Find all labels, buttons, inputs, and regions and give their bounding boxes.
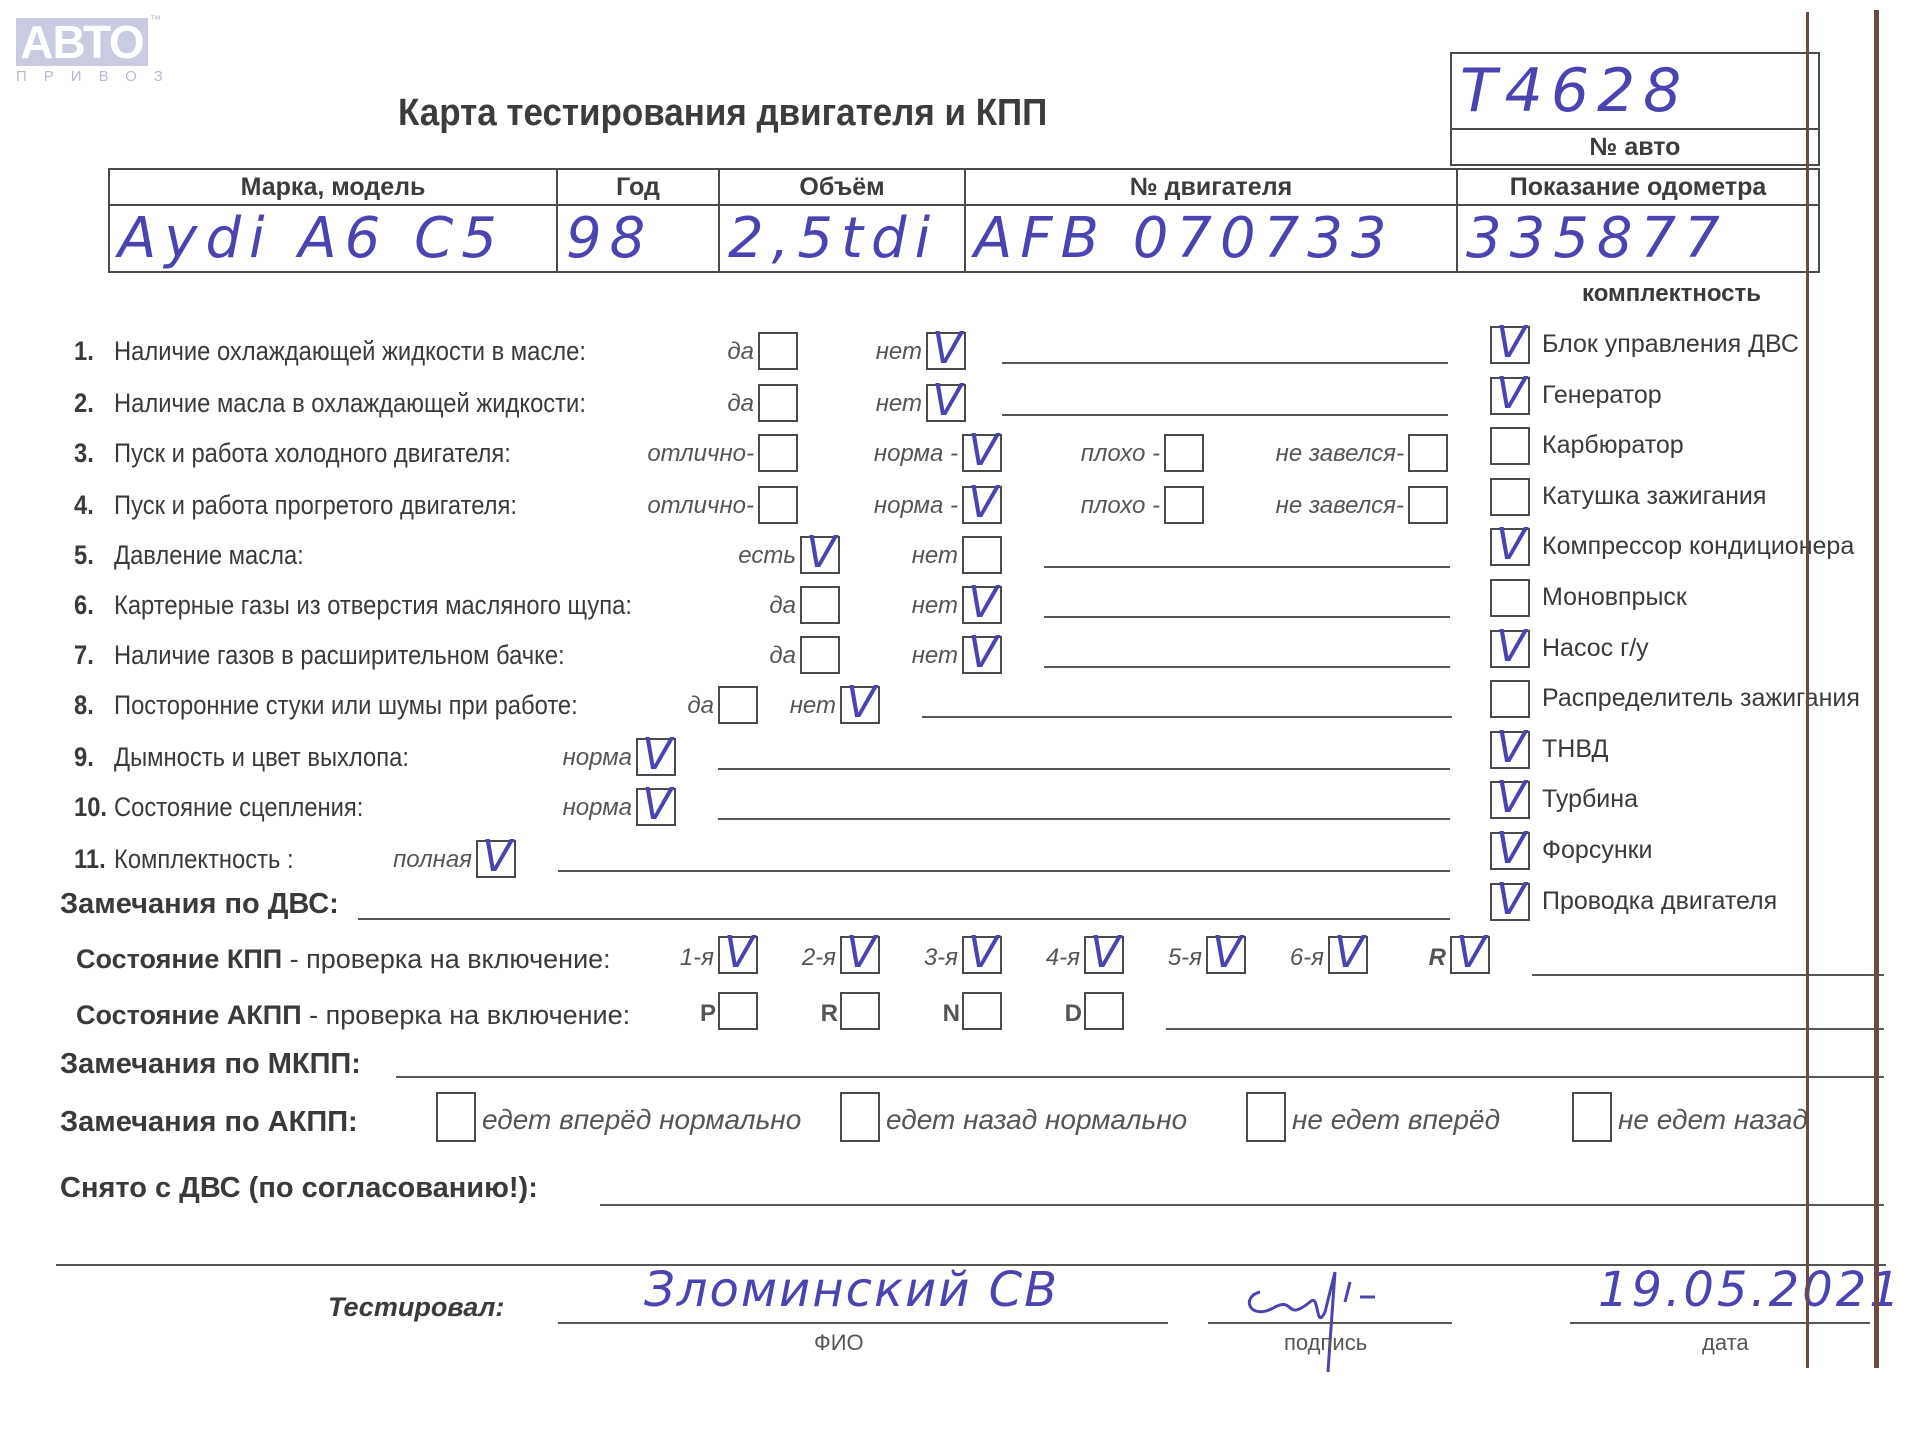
tested-label: Тестировал: [328, 1292, 504, 1323]
date-caption: дата [1702, 1330, 1749, 1356]
checkbox-5-2[interactable] [962, 536, 1002, 574]
option-label: нет [876, 338, 922, 366]
check-label: Наличие охлаждающей жидкости в масле: [114, 336, 586, 367]
option-label: полная [393, 846, 472, 874]
remark-field[interactable] [1044, 616, 1450, 618]
remark-field[interactable] [1044, 666, 1450, 668]
checkmark-icon: V [724, 934, 754, 972]
completeness-checkbox[interactable]: V [1490, 781, 1530, 819]
option-label: норма - [874, 440, 958, 468]
checkmark-icon: V [1496, 375, 1526, 413]
checkbox-7-1[interactable] [800, 636, 840, 674]
option-label: норма - [874, 492, 958, 520]
option-label: нет [912, 592, 958, 620]
remark-field[interactable] [718, 818, 1450, 820]
checkmark-icon: V [1496, 324, 1526, 362]
check-number: 1. [74, 336, 94, 367]
option-label: да [769, 592, 796, 620]
dvs-remarks-field[interactable] [358, 918, 1450, 920]
checkbox-3-1[interactable] [758, 434, 798, 472]
option-label: нет [876, 390, 922, 418]
check-number: 11. [74, 844, 106, 875]
checkmark-icon: V [932, 330, 962, 368]
kpp-label-rest: - проверка на включение: [282, 944, 611, 974]
completeness-checkbox[interactable]: V [1490, 528, 1530, 566]
remark-field[interactable] [1044, 566, 1450, 568]
mkpp-remarks-label: Замечания по МКПП: [60, 1048, 361, 1081]
option-label: плохо - [1081, 440, 1160, 468]
check-label: Пуск и работа прогретого двигателя: [114, 490, 517, 521]
checkbox-9-1[interactable]: V [636, 738, 676, 776]
remark-field[interactable] [922, 716, 1452, 718]
option-label: нет [912, 642, 958, 670]
completeness-checkbox[interactable] [1490, 427, 1530, 465]
check-number: 8. [74, 690, 94, 721]
checkmark-icon: V [968, 584, 998, 622]
check-number: 6. [74, 590, 94, 621]
check-number: 9. [74, 742, 94, 773]
completeness-item-label: Генератор [1542, 381, 1662, 410]
gear-checkbox[interactable]: V [1206, 936, 1246, 974]
checkbox-5-1[interactable]: V [800, 536, 840, 574]
akpp-position-label: N [943, 1000, 960, 1028]
akpp-remark-label: едет назад нормально [886, 1104, 1187, 1136]
checkbox-8-2[interactable]: V [840, 686, 880, 724]
remark-field[interactable] [558, 870, 1450, 872]
completeness-title: комплектность [1582, 280, 1761, 308]
checkmark-icon: V [1496, 830, 1526, 868]
gear-label: 1-я [680, 944, 714, 972]
checkbox-3-4[interactable] [1408, 434, 1448, 472]
option-label: не завелся- [1276, 492, 1404, 520]
completeness-item-label: Карбюратор [1542, 431, 1684, 460]
akpp-position-label: P [700, 1000, 716, 1028]
akpp-position-label: R [821, 1000, 838, 1028]
car-number-value[interactable]: T4628 [1451, 53, 1819, 129]
option-label: да [769, 642, 796, 670]
akpp-remark-checkbox[interactable] [1572, 1092, 1612, 1142]
gear-checkbox[interactable]: V [840, 936, 880, 974]
checkbox-3-3[interactable] [1164, 434, 1204, 472]
gear-checkbox[interactable]: V [718, 936, 758, 974]
gear-checkbox[interactable]: V [962, 936, 1002, 974]
akpp-label-bold: Состояние АКПП [76, 1000, 302, 1030]
akpp-position-checkbox[interactable] [718, 992, 758, 1030]
akpp-label-rest: - проверка на включение: [302, 1000, 631, 1030]
check-number: 2. [74, 388, 94, 419]
akpp-remark-label: не едет назад [1618, 1104, 1808, 1136]
check-label: Картерные газы из отверстия масляного щу… [114, 590, 632, 621]
completeness-checkbox[interactable]: V [1490, 630, 1530, 668]
akpp-label: Состояние АКПП - проверка на включение: [76, 1000, 630, 1031]
check-label: Комплектность : [114, 844, 294, 875]
checkbox-4-1[interactable] [758, 486, 798, 524]
completeness-item-label: Распределитель зажигания [1542, 684, 1860, 713]
option-label: норма [563, 744, 632, 772]
akpp-remark-checkbox[interactable] [436, 1092, 476, 1142]
checkbox-7-2[interactable]: V [962, 636, 1002, 674]
checkbox-10-1[interactable]: V [636, 788, 676, 826]
checkmark-icon: V [968, 634, 998, 672]
option-label: есть [738, 542, 796, 570]
option-label: не завелся- [1276, 440, 1404, 468]
option-label: нет [912, 542, 958, 570]
checkmark-icon: V [1456, 934, 1486, 972]
gear-label: 3-я [924, 944, 958, 972]
car-number-table: T4628 № авто [1450, 52, 1820, 166]
check-label: Давление масла: [114, 540, 304, 571]
checkbox-4-2[interactable]: V [962, 486, 1002, 524]
checkmark-icon: V [642, 736, 672, 774]
option-label: да [687, 692, 714, 720]
gear-label: 5-я [1168, 944, 1202, 972]
signature-caption: подпись [1284, 1330, 1367, 1356]
checkmark-icon: V [1334, 934, 1364, 972]
volume-value[interactable]: 2,5tdi [719, 205, 965, 272]
signature-line [1208, 1322, 1452, 1324]
name-caption: ФИО [814, 1330, 864, 1356]
gear-label: 4-я [1046, 944, 1080, 972]
check-number: 4. [74, 490, 94, 521]
check-number: 10. [74, 792, 107, 823]
checkbox-4-3[interactable] [1164, 486, 1204, 524]
completeness-checkbox[interactable]: V [1490, 832, 1530, 870]
col-year: Год [557, 169, 719, 205]
checkbox-11-1[interactable]: V [476, 840, 516, 878]
checkmark-icon: V [1212, 934, 1242, 972]
checkbox-2-2[interactable]: V [926, 384, 966, 422]
checkmark-icon: V [482, 838, 512, 876]
checkmark-icon: V [1496, 628, 1526, 666]
checkmark-icon: V [1496, 729, 1526, 767]
gear-checkbox[interactable]: V [1328, 936, 1368, 974]
check-number: 7. [74, 640, 94, 671]
page-title: Карта тестирования двигателя и КПП [398, 92, 1047, 135]
akpp-position-label: D [1065, 1000, 1082, 1028]
akpp-remarks-label: Замечания по АКПП: [60, 1106, 358, 1139]
check-label: Пуск и работа холодного двигателя: [114, 438, 511, 469]
akpp-remark-checkbox[interactable] [840, 1092, 880, 1142]
check-label: Дымность и цвет выхлопа: [114, 742, 409, 773]
col-engine-number: № двигателя [965, 169, 1457, 205]
gear-checkbox[interactable]: V [1084, 936, 1124, 974]
checkbox-2-1[interactable] [758, 384, 798, 422]
completeness-item-label: Проводка двигателя [1542, 887, 1777, 916]
option-label: норма [563, 794, 632, 822]
checkmark-icon: V [1496, 881, 1526, 919]
checkmark-icon: V [642, 786, 672, 824]
akpp-position-checkbox[interactable] [1084, 992, 1124, 1030]
completeness-checkbox[interactable] [1490, 478, 1530, 516]
removed-field[interactable] [600, 1204, 1884, 1206]
completeness-item-label: Моновпрыск [1542, 583, 1687, 612]
completeness-item-label: Форсунки [1542, 836, 1653, 865]
col-odometer: Показание одометра [1457, 169, 1819, 205]
completeness-checkbox[interactable]: V [1490, 326, 1530, 364]
engine-number-value[interactable]: AFB 070733 [965, 205, 1457, 272]
test-date[interactable]: 19.05.2021 [1590, 1262, 1903, 1326]
completeness-checkbox[interactable]: V [1490, 377, 1530, 415]
kpp-remarks-field[interactable] [1532, 974, 1884, 976]
logo: АВТО [16, 18, 148, 66]
remark-field[interactable] [718, 768, 1450, 770]
kpp-label: Состояние КПП - проверка на включение: [76, 944, 611, 975]
check-label: Состояние сцепления: [114, 792, 363, 823]
completeness-checkbox[interactable]: V [1490, 883, 1530, 921]
option-label: нет [790, 692, 836, 720]
check-number: 3. [74, 438, 94, 469]
check-label: Посторонние стуки или шумы при работе: [114, 690, 578, 721]
checkbox-8-1[interactable] [718, 686, 758, 724]
col-volume: Объём [719, 169, 965, 205]
logo-trademark: ™ [150, 14, 161, 26]
option-label: да [727, 390, 754, 418]
check-number: 5. [74, 540, 94, 571]
completeness-item-label: Насос г/у [1542, 634, 1649, 663]
completeness-item-label: Блок управления ДВС [1542, 330, 1799, 359]
checkmark-icon: V [1496, 526, 1526, 564]
name-line [558, 1322, 1168, 1324]
make-model-value[interactable]: Aydi A6 C5 [109, 205, 557, 272]
completeness-checkbox[interactable] [1490, 680, 1530, 718]
date-line [1570, 1322, 1870, 1324]
header-table: Марка, модель Год Объём № двигателя Пока… [108, 168, 1820, 273]
check-label: Наличие газов в расширительном бачке: [114, 640, 565, 671]
checkmark-icon: V [1090, 934, 1120, 972]
binder-line-outer [1874, 10, 1879, 1368]
completeness-checkbox[interactable]: V [1490, 731, 1530, 769]
checkmark-icon: V [806, 534, 836, 572]
option-label: отлично- [647, 440, 754, 468]
removed-label: Снято с ДВС (по согласованию!): [60, 1172, 538, 1205]
akpp-remark-label: не едет вперёд [1292, 1104, 1500, 1136]
car-number-label: № авто [1451, 129, 1819, 165]
remark-field[interactable] [1002, 362, 1448, 364]
gear-checkbox[interactable]: V [1450, 936, 1490, 974]
checkmark-icon: V [968, 432, 998, 470]
option-label: отлично- [647, 492, 754, 520]
odometer-value[interactable]: 335877 [1457, 205, 1819, 272]
check-label: Наличие масла в охлаждающей жидкости: [114, 388, 586, 419]
checkbox-1-2[interactable]: V [926, 332, 966, 370]
checkmark-icon: V [846, 934, 876, 972]
option-label: плохо - [1081, 492, 1160, 520]
option-label: да [727, 338, 754, 366]
mkpp-remarks-field[interactable] [396, 1076, 1884, 1078]
akpp-remark-label: едет вперёд нормально [482, 1104, 801, 1136]
checkbox-1-1[interactable] [758, 332, 798, 370]
checkmark-icon: V [1496, 779, 1526, 817]
completeness-checkbox[interactable] [1490, 579, 1530, 617]
col-make-model: Марка, модель [109, 169, 557, 205]
gear-label: 2-я [802, 944, 836, 972]
dvs-remarks-label: Замечания по ДВС: [60, 888, 339, 921]
gear-label: 6-я [1290, 944, 1324, 972]
tester-name[interactable]: Зломинский СВ [636, 1262, 1059, 1326]
akpp-remark-checkbox[interactable] [1246, 1092, 1286, 1142]
gear-label: R [1429, 944, 1446, 972]
completeness-item-label: Турбина [1542, 785, 1638, 814]
remark-field[interactable] [1002, 414, 1448, 416]
logo-subtitle: ПРИВОЗ [16, 68, 180, 85]
checkmark-icon: V [932, 382, 962, 420]
binder-line-inner [1806, 12, 1809, 1368]
akpp-remarks-field[interactable] [1166, 1028, 1884, 1030]
completeness-item-label: ТНВД [1542, 735, 1608, 764]
akpp-position-checkbox[interactable] [962, 992, 1002, 1030]
checkbox-6-2[interactable]: V [962, 586, 1002, 624]
checkmark-icon: V [968, 484, 998, 522]
year-value[interactable]: 98 [557, 205, 719, 272]
checkmark-icon: V [968, 934, 998, 972]
akpp-position-checkbox[interactable] [840, 992, 880, 1030]
checkmark-icon: V [846, 684, 876, 722]
checkbox-6-1[interactable] [800, 586, 840, 624]
completeness-item-label: Катушка зажигания [1542, 482, 1766, 511]
kpp-label-bold: Состояние КПП [76, 944, 282, 974]
checkbox-4-4[interactable] [1408, 486, 1448, 524]
checkbox-3-2[interactable]: V [962, 434, 1002, 472]
